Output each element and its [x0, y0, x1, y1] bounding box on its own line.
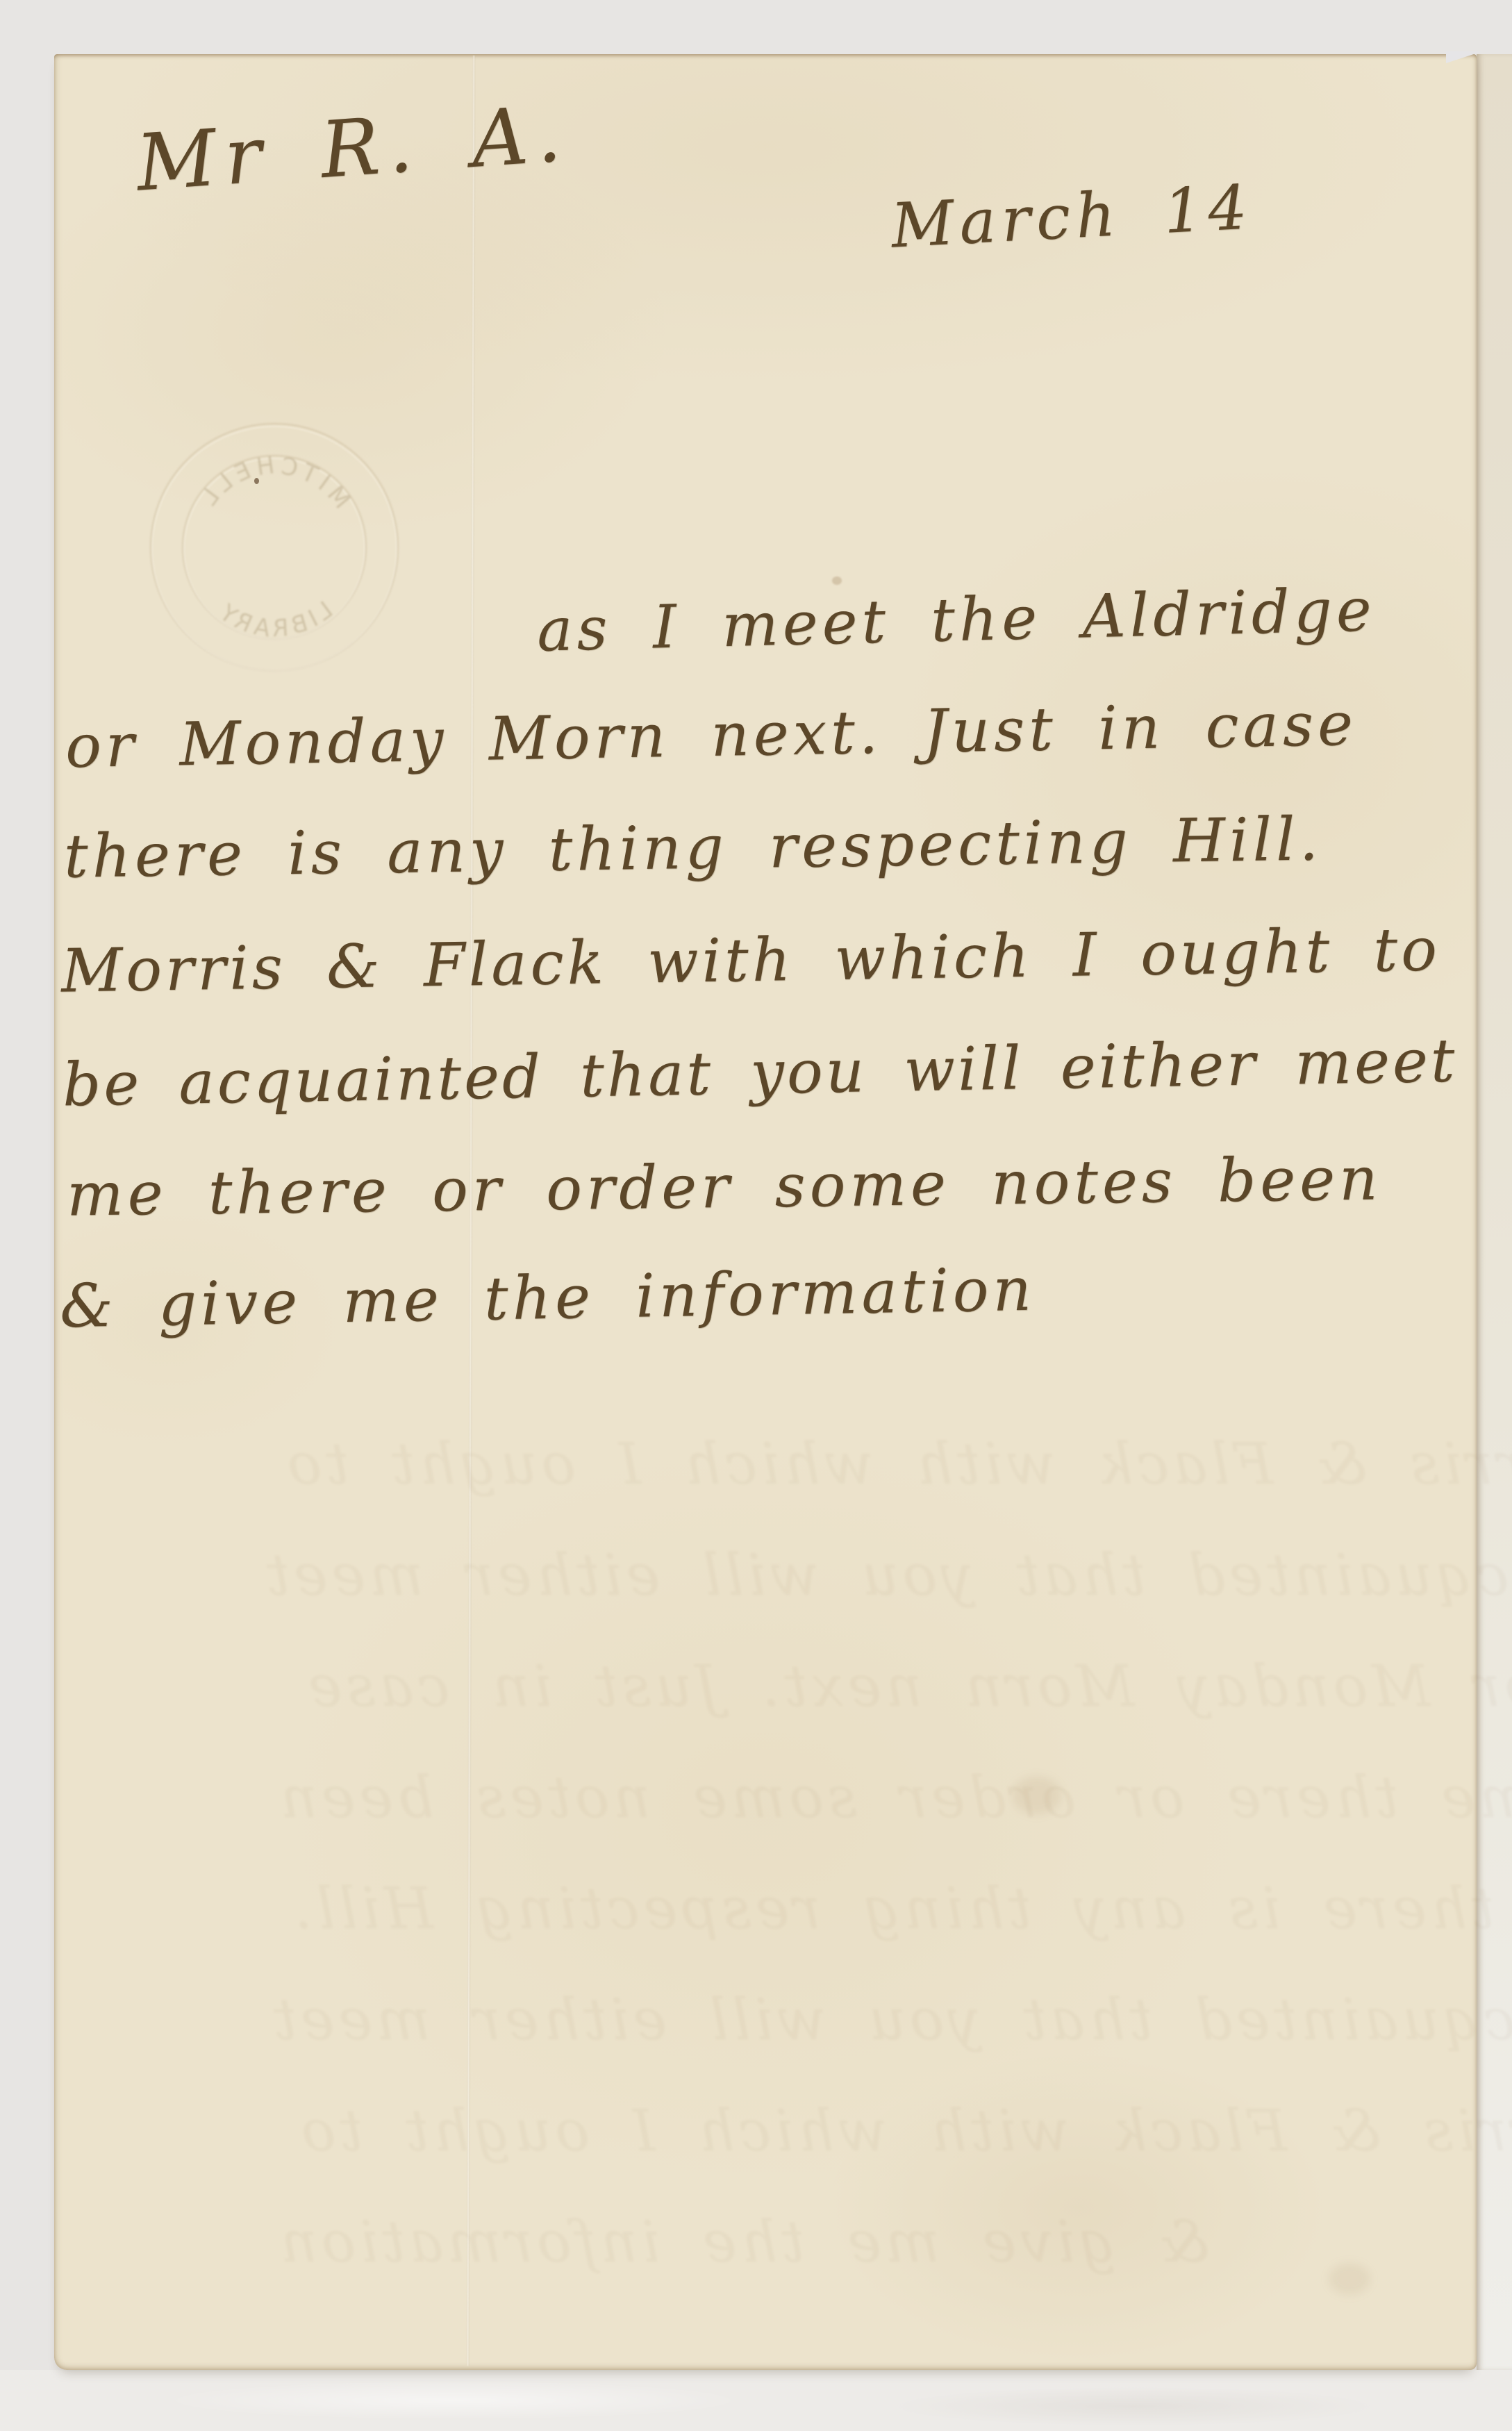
foxing-spot	[832, 576, 842, 585]
date-line: March 14	[890, 176, 1254, 256]
seal-text-bottom: LIBRARY	[210, 596, 338, 642]
letter-page: MITCHELL LIBRARY Mr R. A. March 14 as I …	[54, 54, 1477, 2370]
seal-text-top: MITCHELL	[192, 451, 356, 514]
handwritten-line: & give me the information	[59, 1260, 1036, 1337]
ghost-line: me there or order some notes been	[276, 1770, 1512, 1827]
ghost-line: Morris & Flack with which I ought to	[297, 2103, 1512, 2160]
ghost-line: there is any thing respecting Hill.	[290, 1881, 1494, 1938]
ghost-line: & give me the information	[276, 2214, 1209, 2271]
handwritten-line: there is any thing respecting Hill.	[63, 809, 1322, 886]
handwritten-line: be acquainted that you will either meet	[62, 1031, 1458, 1115]
handwritten-line: Morris & Flack with which I ought to	[60, 920, 1440, 1001]
foxing-spot	[254, 478, 259, 484]
clipped-corner	[1446, 51, 1482, 63]
svg-text:MITCHELL: MITCHELL	[192, 451, 356, 514]
header-annotation: Mr R. A.	[134, 94, 572, 202]
backing-mat	[0, 2370, 1512, 2431]
embossed-library-seal: MITCHELL LIBRARY	[142, 415, 406, 679]
svg-text:LIBRARY: LIBRARY	[210, 596, 338, 642]
handwritten-line: me there or order some notes been	[67, 1149, 1382, 1225]
foxing-spot	[1329, 2263, 1370, 2295]
scanned-letter-canvas: MITCHELL LIBRARY Mr R. A. March 14 as I …	[0, 0, 1512, 2431]
foxing-spot	[1013, 1777, 1061, 1814]
handwritten-line: as I meet the Aldridge	[536, 580, 1376, 660]
ghost-line: or Monday Morn next. Just in case	[304, 1659, 1512, 1716]
ghost-line: Morris & Flack with which I ought to	[283, 1436, 1512, 1493]
ghost-line: be acquainted that you will either meet	[263, 1548, 1512, 1604]
handwritten-line: or Monday Morn next. Just in case	[65, 695, 1357, 777]
ghost-line: be acquainted that you will either meet	[269, 1992, 1512, 2049]
